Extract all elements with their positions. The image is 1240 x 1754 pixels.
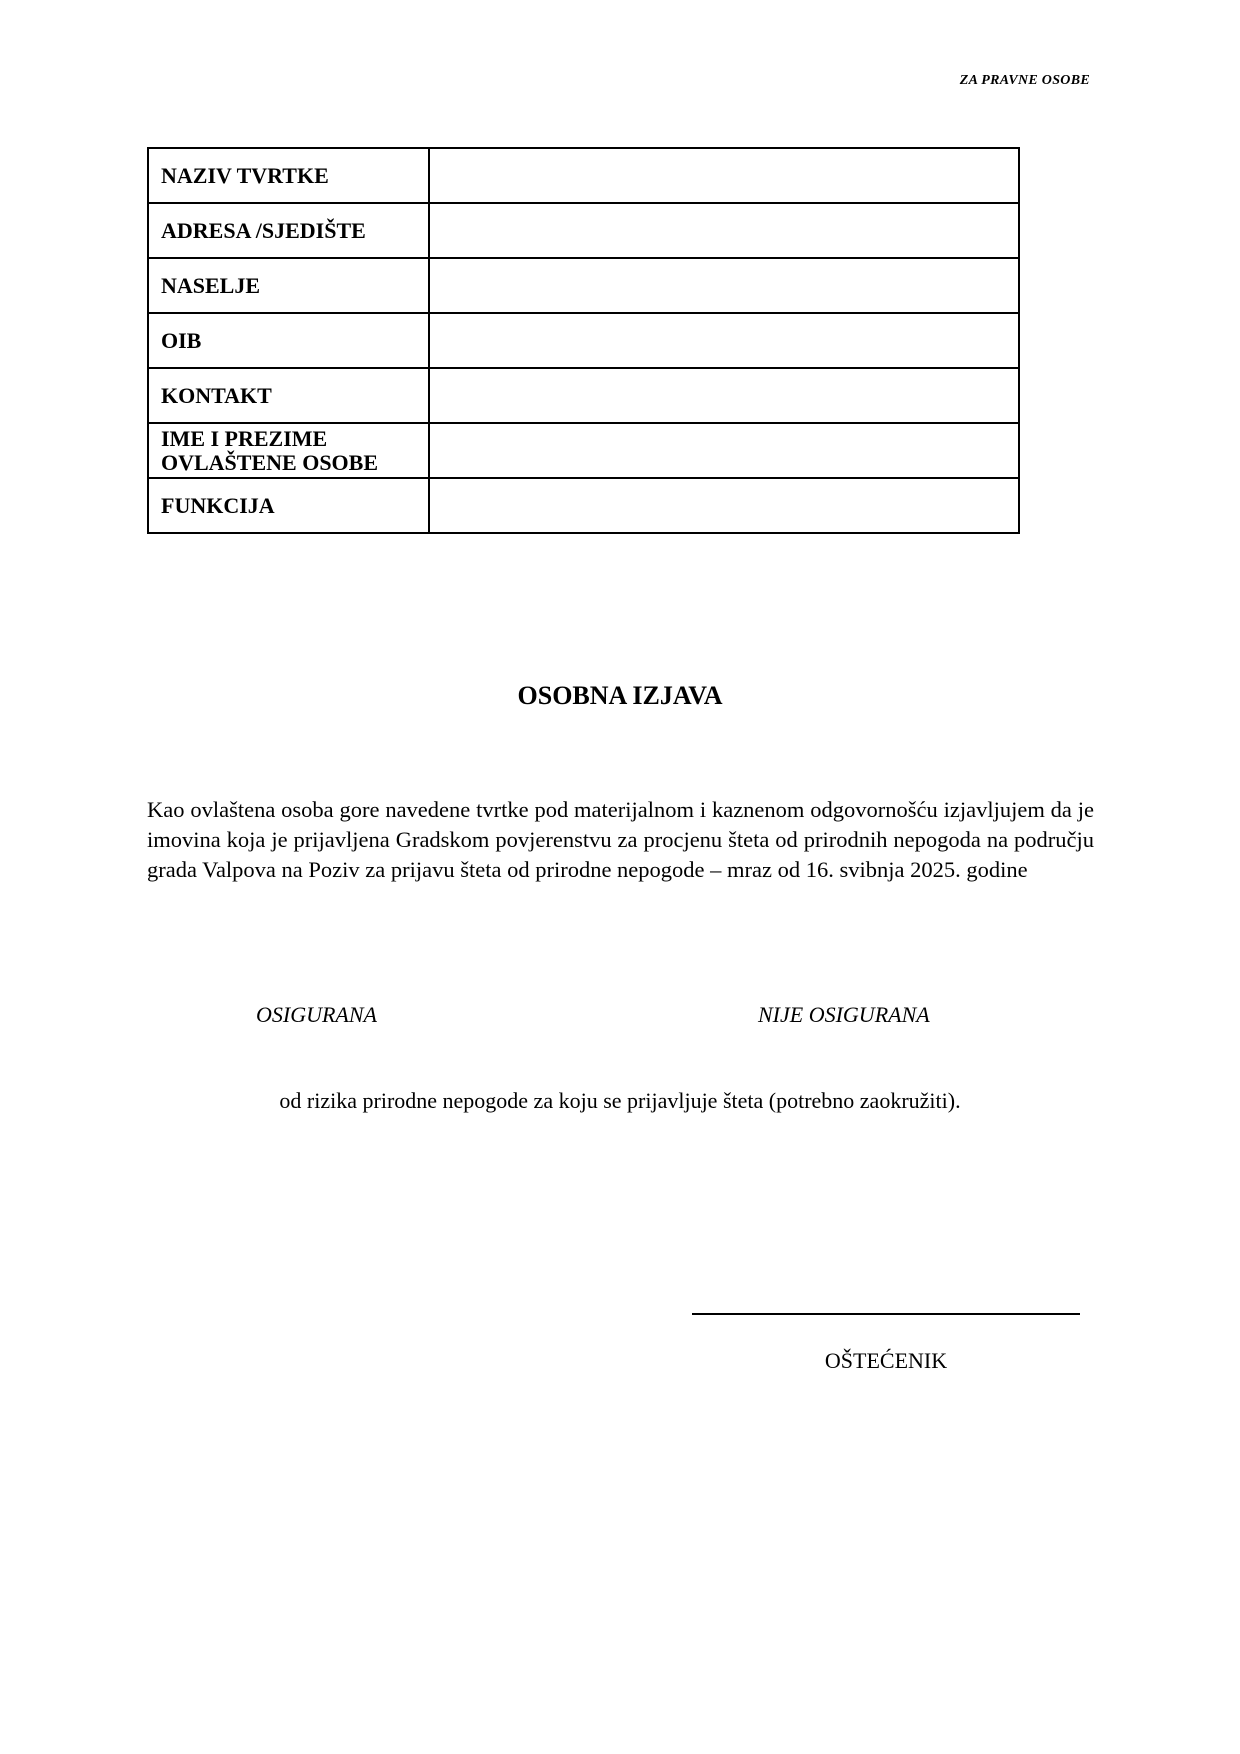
- signature-label: OŠTEĆENIK: [692, 1348, 1080, 1374]
- table-row: ADRESA /SJEDIŠTE: [148, 203, 1019, 258]
- table-row: KONTAKT: [148, 368, 1019, 423]
- address-input[interactable]: [430, 204, 1018, 257]
- oib-input[interactable]: [430, 314, 1018, 367]
- option-not-insured[interactable]: NIJE OSIGURANA: [758, 1002, 930, 1028]
- option-insured[interactable]: OSIGURANA: [256, 1002, 377, 1028]
- page-title: OSOBNA IZJAVA: [0, 681, 1240, 711]
- table-row: FUNKCIJA: [148, 478, 1019, 533]
- function-input[interactable]: [430, 479, 1018, 532]
- address-field[interactable]: [429, 203, 1019, 258]
- table-row: NASELJE: [148, 258, 1019, 313]
- label-settlement: NASELJE: [148, 258, 429, 313]
- company-name-input[interactable]: [430, 149, 1018, 202]
- table-row: NAZIV TVRTKE: [148, 148, 1019, 203]
- signature-line[interactable]: [692, 1313, 1080, 1315]
- authorized-person-input[interactable]: [430, 424, 1018, 477]
- contact-input[interactable]: [430, 369, 1018, 422]
- label-address: ADRESA /SJEDIŠTE: [148, 203, 429, 258]
- label-authorized-person: IME I PREZIME OVLAŠTENE OSOBE: [148, 423, 429, 478]
- company-info-table: NAZIV TVRTKE ADRESA /SJEDIŠTE NASELJE OI…: [147, 147, 1020, 534]
- label-contact: KONTAKT: [148, 368, 429, 423]
- oib-field[interactable]: [429, 313, 1019, 368]
- authorized-person-field[interactable]: [429, 423, 1019, 478]
- statement-paragraph: Kao ovlaštena osoba gore navedene tvrtke…: [147, 795, 1094, 885]
- label-company-name: NAZIV TVRTKE: [148, 148, 429, 203]
- settlement-input[interactable]: [430, 259, 1018, 312]
- contact-field[interactable]: [429, 368, 1019, 423]
- table-row: OIB: [148, 313, 1019, 368]
- settlement-field[interactable]: [429, 258, 1019, 313]
- header-note: ZA PRAVNE OSOBE: [960, 73, 1090, 89]
- label-function: FUNKCIJA: [148, 478, 429, 533]
- label-oib: OIB: [148, 313, 429, 368]
- table-row: IME I PREZIME OVLAŠTENE OSOBE: [148, 423, 1019, 478]
- company-name-field[interactable]: [429, 148, 1019, 203]
- function-field[interactable]: [429, 478, 1019, 533]
- risk-note: od rizika prirodne nepogode za koju se p…: [0, 1088, 1240, 1114]
